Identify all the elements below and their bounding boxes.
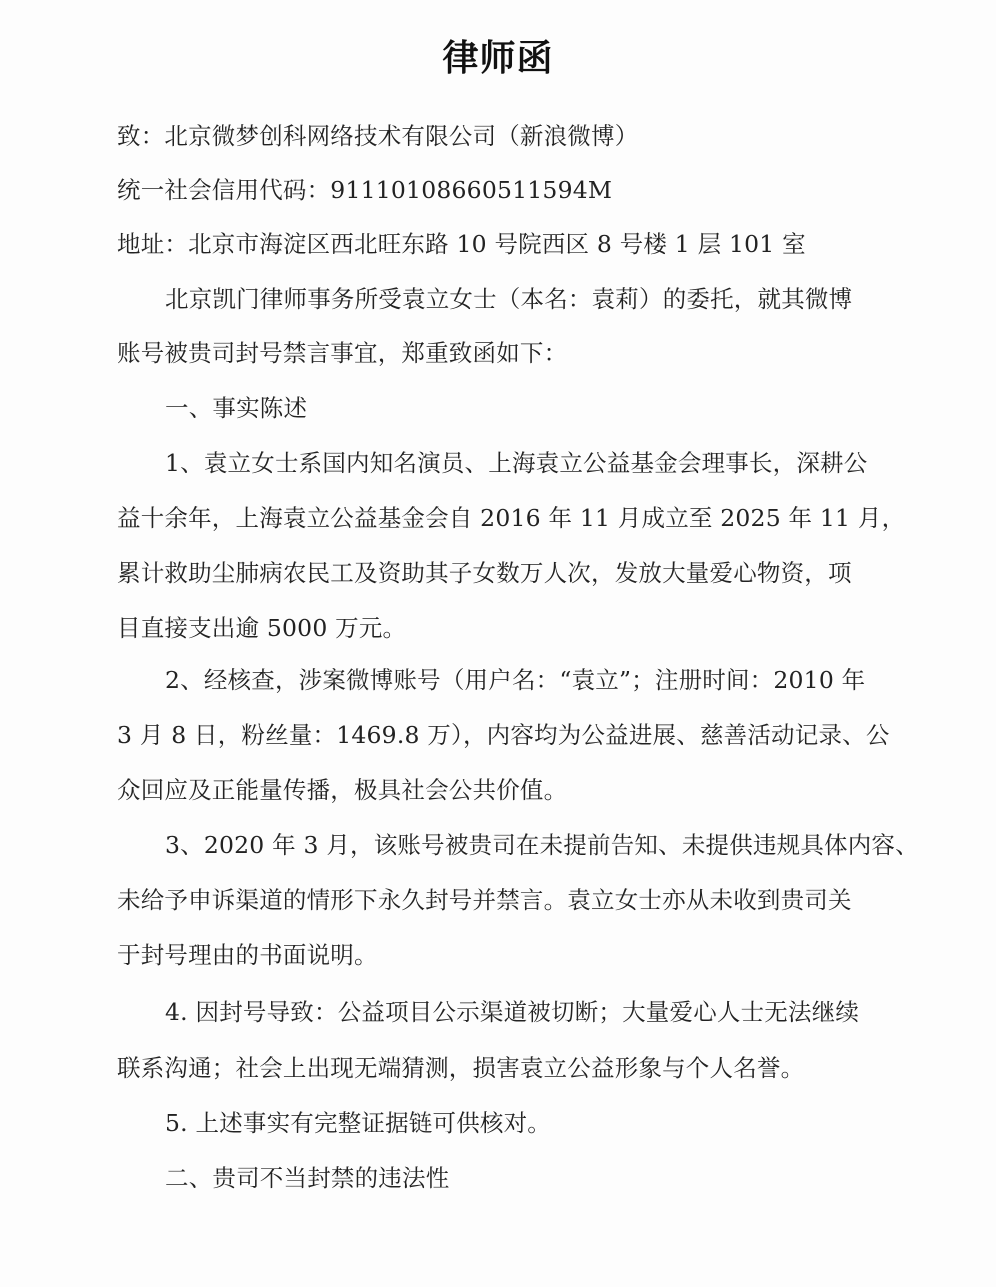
fact-4-line-1: 4. 因封号导致：公益项目公示渠道被切断；大量爱心人士无法继续 (165, 997, 859, 1027)
document-title: 律师函 (0, 30, 996, 81)
fact-1-line-2: 益十余年，上海袁立公益基金会自 2016 年 11 月成立至 2025 年 11… (117, 503, 905, 533)
fact-4-line-2: 联系沟通；社会上出现无端猜测，损害袁立公益形象与个人名誉。 (117, 1053, 804, 1083)
credit-code-line: 统一社会信用代码：91110108660511594M (117, 175, 612, 205)
fact-2-line-2: 3 月 8 日，粉丝量：1469.8 万），内容均为公益进展、慈善活动记录、公 (117, 720, 890, 750)
fact-5-line-1: 5. 上述事实有完整证据链可供核对。 (165, 1108, 551, 1138)
fact-1-line-1: 1、袁立女士系国内知名演员、上海袁立公益基金会理事长，深耕公 (165, 448, 867, 478)
section-heading-illegality: 二、贵司不当封禁的违法性 (165, 1163, 449, 1193)
fact-3-line-1: 3、2020 年 3 月，该账号被贵司在未提前告知、未提供违规具体内容、 (165, 830, 919, 860)
intro-paragraph-line-1: 北京凯门律师事务所受袁立女士（本名：袁莉）的委托，就其微博 (165, 284, 852, 314)
recipient-line: 致：北京微梦创科网络技术有限公司（新浪微博） (117, 121, 638, 151)
fact-1-line-3: 累计救助尘肺病农民工及资助其子女数万人次，发放大量爱心物资，项 (117, 558, 852, 588)
section-heading-facts: 一、事实陈述 (165, 393, 307, 423)
address-line: 地址：北京市海淀区西北旺东路 10 号院西区 8 号楼 1 层 101 室 (117, 229, 806, 259)
letter-page: 律师函 致：北京微梦创科网络技术有限公司（新浪微博） 统一社会信用代码：9111… (0, 0, 996, 1287)
fact-3-line-2: 未给予申诉渠道的情形下永久封号并禁言。袁立女士亦从未收到贵司关 (117, 885, 852, 915)
intro-paragraph-line-2: 账号被贵司封号禁言事宜，郑重致函如下： (117, 338, 567, 368)
fact-2-line-3: 众回应及正能量传播，极具社会公共价值。 (117, 775, 567, 805)
fact-2-line-1: 2、经核查，涉案微博账号（用户名：“袁立”；注册时间：2010 年 (165, 665, 865, 695)
fact-3-line-3: 于封号理由的书面说明。 (117, 940, 378, 970)
fact-1-line-4: 目直接支出逾 5000 万元。 (117, 613, 406, 643)
